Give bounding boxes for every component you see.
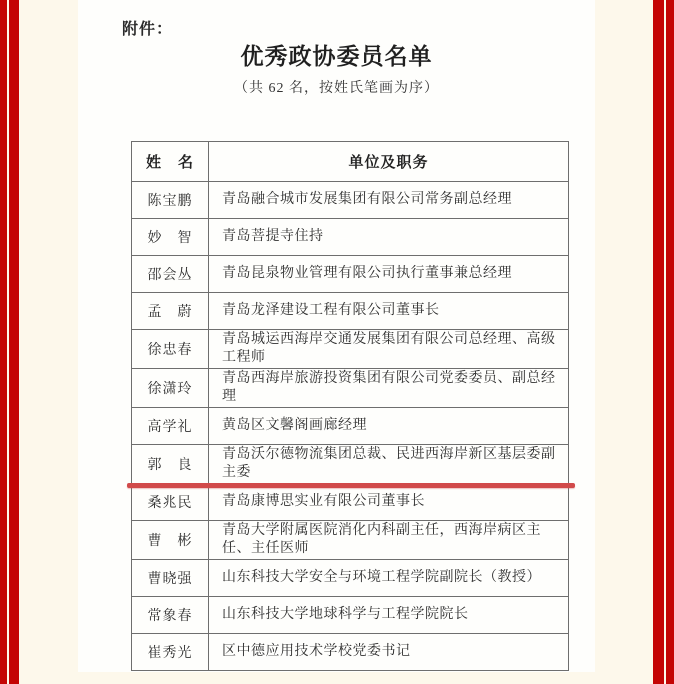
table-row: 孟 蔚 青岛龙泽建设工程有限公司董事长 <box>132 293 569 330</box>
right-border-inner-stripe <box>653 0 664 684</box>
member-position-cell: 山东科技大学安全与环境工程学院副院长（教授） <box>209 560 569 597</box>
table-row: 高学礼 黄岛区文馨阁画廊经理 <box>132 408 569 445</box>
member-position-cell: 青岛沃尔德物流集团总裁、民进西海岸新区基层委副主委 <box>209 445 569 484</box>
member-name-cell: 陈宝鹏 <box>132 182 209 219</box>
member-position-cell: 青岛大学附属医院消化内科副主任，西海岸病区主任、主任医师 <box>209 521 569 560</box>
table-row: 陈宝鹏 青岛融合城市发展集团有限公司常务副总经理 <box>132 182 569 219</box>
table-row: 邵会丛 青岛昆泉物业管理有限公司执行董事兼总经理 <box>132 256 569 293</box>
member-position-cell: 青岛西海岸旅游投资集团有限公司党委委员、副总经理 <box>209 369 569 408</box>
position-column-header: 单位及职务 <box>209 142 569 182</box>
member-position-cell: 青岛龙泽建设工程有限公司董事长 <box>209 293 569 330</box>
table-row: 徐潇玲 青岛西海岸旅游投资集团有限公司党委委员、副总经理 <box>132 369 569 408</box>
member-name-cell: 孟 蔚 <box>132 293 209 330</box>
member-position-cell: 青岛康博思实业有限公司董事长 <box>209 484 569 521</box>
table-row: 崔秀光 区中德应用技术学校党委书记 <box>132 634 569 671</box>
attachment-label: 附件： <box>122 16 173 39</box>
highlight-underline <box>127 483 575 488</box>
member-position-cell: 黄岛区文馨阁画廊经理 <box>209 408 569 445</box>
member-name-cell: 曹 彬 <box>132 521 209 560</box>
left-border-inner-stripe <box>9 0 19 684</box>
table-row: 曹 彬 青岛大学附属医院消化内科副主任，西海岸病区主任、主任医师 <box>132 521 569 560</box>
member-name-cell: 曹晓强 <box>132 560 209 597</box>
member-position-cell: 青岛菩提寺住持 <box>209 219 569 256</box>
member-position-cell: 青岛城运西海岸交通发展集团有限公司总经理、高级工程师 <box>209 330 569 369</box>
members-table-body: 陈宝鹏 青岛融合城市发展集团有限公司常务副总经理 妙 智 青岛菩提寺住持 邵会丛… <box>132 182 569 671</box>
member-name-cell: 崔秀光 <box>132 634 209 671</box>
table-row: 郭 良 青岛沃尔德物流集团总裁、民进西海岸新区基层委副主委 <box>132 445 569 484</box>
member-name-cell: 郭 良 <box>132 445 209 484</box>
name-column-header: 姓 名 <box>132 142 209 182</box>
document-page: 附件： 优秀政协委员名单 （共 62 名，按姓氏笔画为序） 姓 名 单位及职务 … <box>78 0 595 672</box>
member-name-cell: 妙 智 <box>132 219 209 256</box>
table-header-row: 姓 名 单位及职务 <box>132 142 569 182</box>
table-row: 妙 智 青岛菩提寺住持 <box>132 219 569 256</box>
member-position-cell: 区中德应用技术学校党委书记 <box>209 634 569 671</box>
document-title: 优秀政协委员名单 <box>78 38 595 71</box>
table-row: 曹晓强 山东科技大学安全与环境工程学院副院长（教授） <box>132 560 569 597</box>
left-border-outer-stripe <box>0 0 7 684</box>
member-position-cell: 山东科技大学地球科学与工程学院院长 <box>209 597 569 634</box>
member-name-cell: 徐忠春 <box>132 330 209 369</box>
table-row: 常象春 山东科技大学地球科学与工程学院院长 <box>132 597 569 634</box>
document-canvas: 附件： 优秀政协委员名单 （共 62 名，按姓氏笔画为序） 姓 名 单位及职务 … <box>0 0 674 684</box>
member-name-cell: 邵会丛 <box>132 256 209 293</box>
member-position-cell: 青岛昆泉物业管理有限公司执行董事兼总经理 <box>209 256 569 293</box>
table-row: 徐忠春 青岛城运西海岸交通发展集团有限公司总经理、高级工程师 <box>132 330 569 369</box>
table-row: 桑兆民 青岛康博思实业有限公司董事长 <box>132 484 569 521</box>
document-subtitle: （共 62 名，按姓氏笔画为序） <box>78 77 595 97</box>
right-border-outer-stripe <box>666 0 674 684</box>
member-name-cell: 桑兆民 <box>132 484 209 521</box>
member-position-cell: 青岛融合城市发展集团有限公司常务副总经理 <box>209 182 569 219</box>
member-name-cell: 常象春 <box>132 597 209 634</box>
members-table: 姓 名 单位及职务 陈宝鹏 青岛融合城市发展集团有限公司常务副总经理 妙 智 青… <box>131 141 569 671</box>
member-name-cell: 徐潇玲 <box>132 369 209 408</box>
member-name-cell: 高学礼 <box>132 408 209 445</box>
